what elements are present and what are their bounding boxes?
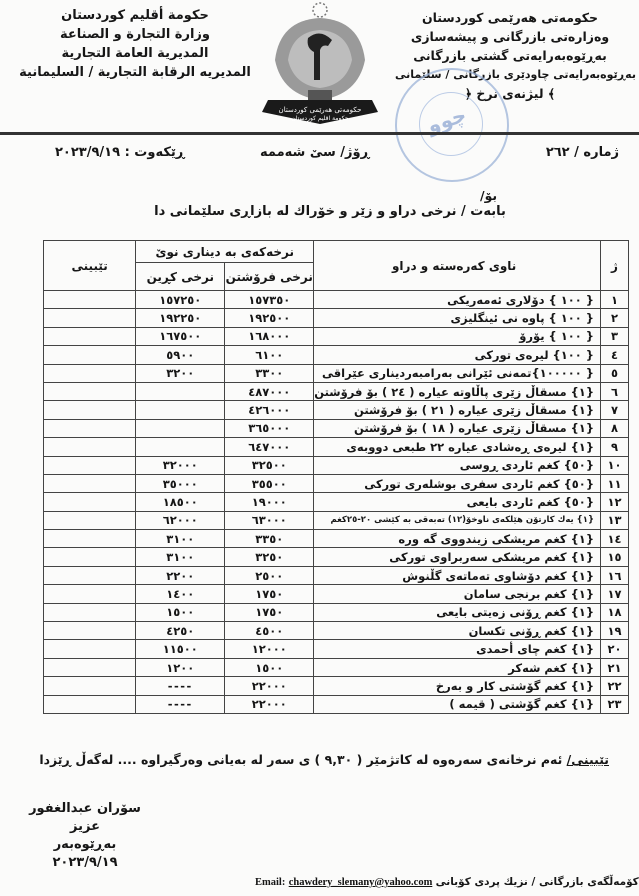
table-row: ٢{ ١٠٠ } پاوە نی ئینگلیزی١٩٢٥٠٠١٩٢٢٥٠ [44,309,629,327]
buy-price: ٦٢٠٠٠ [136,511,225,529]
item-name: {١} مسقاڵ زێری عیارە ( ٢١ ) بۆ فرۆشتن [314,401,601,419]
table-row: ١{ ١٠٠ } دۆلاری ئەمەریكی١٥٧٣٥٠١٥٧٢٥٠ [44,291,629,309]
note-cell [44,364,136,382]
sell-price: ١٩٠٠٠ [225,493,314,511]
sell-price: ٢٢٠٠٠ [225,677,314,695]
note-cell [44,677,136,695]
table-row: ٦{١} مسقاڵ زێری پاڵاوتە عیارە ( ٢٤ ) بۆ … [44,382,629,400]
note-cell [44,566,136,584]
table-row: ٩{١} لیرەی ڕەشادی عیارە ٢٢ طبعی دووبەی٦٤… [44,438,629,456]
item-name: {٥٠} كغم ئاردی سفری بوشلەری توركی [314,474,601,492]
footer: Email: chawdery_slemany@yahoo.com كۆمەڵگ… [255,876,639,888]
sell-price: ٦١٠٠ [225,346,314,364]
row-number: ١٨ [601,603,629,621]
sell-price: ١٢٠٠٠ [225,640,314,658]
item-name: { ١٠٠٠٠٠}تمەنی ئێرانی بەرامبەردیناری عێر… [314,364,601,382]
sell-price: ٦٤٧٠٠٠ [225,438,314,456]
buy-price: ١١٥٠٠ [136,640,225,658]
email-link[interactable]: chawdery_slemany@yahoo.com [289,877,433,888]
item-name: { ١٠٠ } پاوە نی ئینگلیزی [314,309,601,327]
sell-price: ٢٥٠٠ [225,566,314,584]
sell-price: ٤٨٧٠٠٠ [225,382,314,400]
row-number: ٦ [601,382,629,400]
table-row: ١٨{١} كغم ڕۆنی زەیتی بایعی١٧٥٠١٥٠٠ [44,603,629,621]
item-name: {١} لیرەی ڕەشادی عیارە ٢٢ طبعی دووبەی [314,438,601,456]
email-label: Email: [255,877,285,888]
svg-text:حكومة اقليم كوردستان: حكومة اقليم كوردستان [291,115,349,122]
buy-price: ---- [136,677,225,695]
buy-price: ١٨٥٠٠ [136,493,225,511]
signature-date: ٢٠٢٣/٩/١٩ [15,854,155,872]
kurdistan-emblem-icon: حكومەتی هەرێمی كوردستان حكومة اقليم كورد… [250,0,390,128]
signature-block: سۆران عبدالغفور عزیز بەڕێوەبەر ٢٠٢٣/٩/١٩ [15,800,155,872]
row-number: ١٣ [601,511,629,529]
table-row: ١٤{١} كغم مریشكی زیندووی گە ورە٣٣٥٠٣١٠٠ [44,530,629,548]
sell-price: ٤٢٦٠٠٠ [225,401,314,419]
buy-price: ٤٢٥٠ [136,622,225,640]
note-cell [44,346,136,364]
table-row: ٢٢{١} كغم گۆشتی كار و بەرخ٢٢٠٠٠---- [44,677,629,695]
table-row: ٥{ ١٠٠٠٠٠}تمەنی ئێرانی بەرامبەردیناری عێ… [44,364,629,382]
sell-price: ٣٢٥٠٠ [225,456,314,474]
note-cell [44,530,136,548]
item-name: {١} مسقاڵ زێری عیارە ( ١٨ ) بۆ فرۆشتن [314,419,601,437]
row-number: ١ [601,291,629,309]
footnote-label: تێبینی/ [567,752,609,767]
sell-price: ١٧٥٠ [225,603,314,621]
buy-price: ٣٥٠٠٠ [136,474,225,492]
header-price-group: نرخەكەی بە دیناری نوێ [136,241,314,263]
row-number: ١٩ [601,622,629,640]
buy-price: ٣١٠٠ [136,548,225,566]
buy-price: ١٢٠٠ [136,658,225,676]
signatory-name: سۆران عبدالغفور عزیز [15,800,155,836]
sell-price: ٤٥٠٠ [225,622,314,640]
note-cell [44,640,136,658]
row-number: ١٢ [601,493,629,511]
item-name: { ١٠٠} لیرەی توركی [314,346,601,364]
table-row: ٢٣{١} كغم گۆشتی ( قیمە )٢٢٠٠٠---- [44,695,629,713]
header-line: بەڕێوەبەرایەتی گشتی بازرگانی [395,46,625,65]
note-cell [44,622,136,640]
header-no: ژ [601,241,629,291]
buy-price: ١٥٠٠ [136,603,225,621]
header-sell: نرخی فرۆشتن [225,263,314,291]
note-cell [44,382,136,400]
row-number: ٥ [601,364,629,382]
row-number: ٢١ [601,658,629,676]
note-cell [44,658,136,676]
note-cell [44,291,136,309]
document-number: ژمارە / ٢٦٢ [546,145,619,160]
row-number: ١١ [601,474,629,492]
header-arabic: حكومة أقليم كوردستان وزارة التجارة و الص… [10,6,260,82]
header-buy: نرخی كڕین [136,263,225,291]
item-name: {١} كغم مریشكی زیندووی گە ورە [314,530,601,548]
row-number: ١٤ [601,530,629,548]
price-table: ژ ناوی كەرەستە و دراو نرخەكەی بە دیناری … [43,240,629,714]
buy-price: ---- [136,695,225,713]
row-number: ٢٢ [601,677,629,695]
row-number: ٩ [601,438,629,456]
document-date: ڕێكەوت : ٢٠٢٣/٩/١٩ [55,145,185,160]
table-row: ١٥{١} كغم مریشكی سەربراوی توركی٣٢٥٠٣١٠٠ [44,548,629,566]
row-number: ٣ [601,327,629,345]
buy-price: ٣١٠٠ [136,530,225,548]
note-cell [44,603,136,621]
sell-price: ١٥٧٣٥٠ [225,291,314,309]
row-number: ٤ [601,346,629,364]
table-row: ١١{٥٠} كغم ئاردی سفری بوشلەری توركی٣٥٥٠٠… [44,474,629,492]
footnote-text: ئەم نرخانەی سەرەوە لە كاتژمێر ( ٩,٣٠ ) ی… [39,752,566,767]
recipient-label: بۆ/ [480,188,497,203]
buy-price: ١٥٧٢٥٠ [136,291,225,309]
note-cell [44,419,136,437]
table-row: ١٢{٥٠} كغم ئاردی بایعی١٩٠٠٠١٨٥٠٠ [44,493,629,511]
sell-price: ٣٥٥٠٠ [225,474,314,492]
buy-price: ٣٢٠٠٠ [136,456,225,474]
note-cell [44,401,136,419]
buy-price [136,382,225,400]
official-stamp-icon: چوو [395,68,509,182]
header-line: حكومەتی هەرێمی كوردستان [395,8,625,27]
table-row: ٤{ ١٠٠} لیرەی توركی٦١٠٠٥٩٠٠ [44,346,629,364]
header-divider [0,132,639,135]
table-row: ١٦{١} كغم دۆشاوی تەماتەی گڵنوش٢٥٠٠٢٢٠٠ [44,566,629,584]
item-name: {٥٠} كغم ئاردی بایعی [314,493,601,511]
header-line: وزارة التجارة و الصناعة [10,25,260,44]
buy-price: ١٩٢٢٥٠ [136,309,225,327]
sell-price: ٣٣٠٠ [225,364,314,382]
sell-price: ٣٦٥٠٠٠ [225,419,314,437]
sell-price: ١٩٢٥٠٠ [225,309,314,327]
buy-price: ١٦٧٥٠٠ [136,327,225,345]
note-cell [44,493,136,511]
table-row: ١٠{٥٠} كغم ئاردی ڕوسی٣٢٥٠٠٣٢٠٠٠ [44,456,629,474]
note-cell [44,456,136,474]
note-cell [44,548,136,566]
header-line: المديرية العامة التجارية [10,44,260,63]
buy-price [136,419,225,437]
buy-price: ٢٢٠٠ [136,566,225,584]
buy-price [136,401,225,419]
sell-price: ١٥٠٠ [225,658,314,676]
item-name: {١} كغم برنجی سامان [314,585,601,603]
row-number: ١٦ [601,566,629,584]
buy-price: ١٤٠٠ [136,585,225,603]
item-name: {٥٠} كغم ئاردی ڕوسی [314,456,601,474]
item-name: {١} كغم مریشكی سەربراوی توركی [314,548,601,566]
sell-price: ٢٢٠٠٠ [225,695,314,713]
table-row: ٨{١} مسقاڵ زێری عیارە ( ١٨ ) بۆ فرۆشتن٣٦… [44,419,629,437]
item-name: {١} كغم دۆشاوی تەماتەی گڵنوش [314,566,601,584]
table-row: ١٧{١} كغم برنجی سامان١٧٥٠١٤٠٠ [44,585,629,603]
note-cell [44,474,136,492]
table-row: ٣{ ١٠٠ } یۆرۆ١٦٨٠٠٠١٦٧٥٠٠ [44,327,629,345]
item-name: {١} كغم ڕۆنی زەیتی بایعی [314,603,601,621]
item-name: {١} كغم گۆشتی ( قیمە ) [314,695,601,713]
item-name: {١} مسقاڵ زێری پاڵاوتە عیارە ( ٢٤ ) بۆ ف… [314,382,601,400]
item-name: { ١٠٠ } دۆلاری ئەمەریكی [314,291,601,309]
row-number: ٧ [601,401,629,419]
buy-price [136,438,225,456]
row-number: ١٧ [601,585,629,603]
item-name: {١} یەك كارتۆن هێلكەی ناوخۆ(١٢) تەبەقی ب… [314,511,601,529]
svg-text:حكومەتی هەرێمی كوردستان: حكومەتی هەرێمی كوردستان [279,106,362,114]
sell-price: ١٦٨٠٠٠ [225,327,314,345]
sell-price: ٣٢٥٠ [225,548,314,566]
footer-address: كۆمەڵگەی بازرگانی / نزیك پردی كۆبانی [436,876,639,888]
row-number: ٢٠ [601,640,629,658]
table-row: ١٣{١} یەك كارتۆن هێلكەی ناوخۆ(١٢) تەبەقی… [44,511,629,529]
header-line: حكومة أقليم كوردستان [10,6,260,25]
row-number: ١٠ [601,456,629,474]
item-name: { ١٠٠ } یۆرۆ [314,327,601,345]
header-note: تێبینی [44,241,136,291]
sell-price: ١٧٥٠ [225,585,314,603]
note-cell [44,327,136,345]
buy-price: ٥٩٠٠ [136,346,225,364]
row-number: ٢ [601,309,629,327]
item-name: {١} كغم ڕۆنی تكسان [314,622,601,640]
signatory-title: بەڕێوەبەر [15,836,155,854]
row-number: ١٥ [601,548,629,566]
subject-title: بابەت / نرخی دراو و زێر و خۆراك لە بازاڕ… [140,204,520,219]
header-line: المديريه الرقابة التجارية / السليمانية [10,63,260,82]
table-row: ٢٠{١} كغم چای أحمدی١٢٠٠٠١١٥٠٠ [44,640,629,658]
note-cell [44,511,136,529]
item-name: {١} كغم چای أحمدی [314,640,601,658]
table-row: ٧{١} مسقاڵ زێری عیارە ( ٢١ ) بۆ فرۆشتن٤٢… [44,401,629,419]
note-cell [44,695,136,713]
header-item-name: ناوی كەرەستە و دراو [314,241,601,291]
footnote: تێبینی/ ئەم نرخانەی سەرەوە لە كاتژمێر ( … [39,752,609,767]
item-name: {١} كغم گۆشتی كار و بەرخ [314,677,601,695]
buy-price: ٣٢٠٠ [136,364,225,382]
document-day: ڕۆژ/ سێ شەممە [260,145,369,160]
table-row: ٢١{١} كغم شەكر١٥٠٠١٢٠٠ [44,658,629,676]
note-cell [44,309,136,327]
price-table-body: ١{ ١٠٠ } دۆلاری ئەمەریكی١٥٧٣٥٠١٥٧٢٥٠٢{ ١… [44,291,629,714]
header-line: وەزارەتی بازرگانی و پیشەسازی [395,27,625,46]
table-row: ١٩{١} كغم ڕۆنی تكسان٤٥٠٠٤٢٥٠ [44,622,629,640]
row-number: ٢٣ [601,695,629,713]
note-cell [44,438,136,456]
row-number: ٨ [601,419,629,437]
item-name: {١} كغم شەكر [314,658,601,676]
sell-price: ٦٣٠٠٠ [225,511,314,529]
note-cell [44,585,136,603]
sell-price: ٣٣٥٠ [225,530,314,548]
